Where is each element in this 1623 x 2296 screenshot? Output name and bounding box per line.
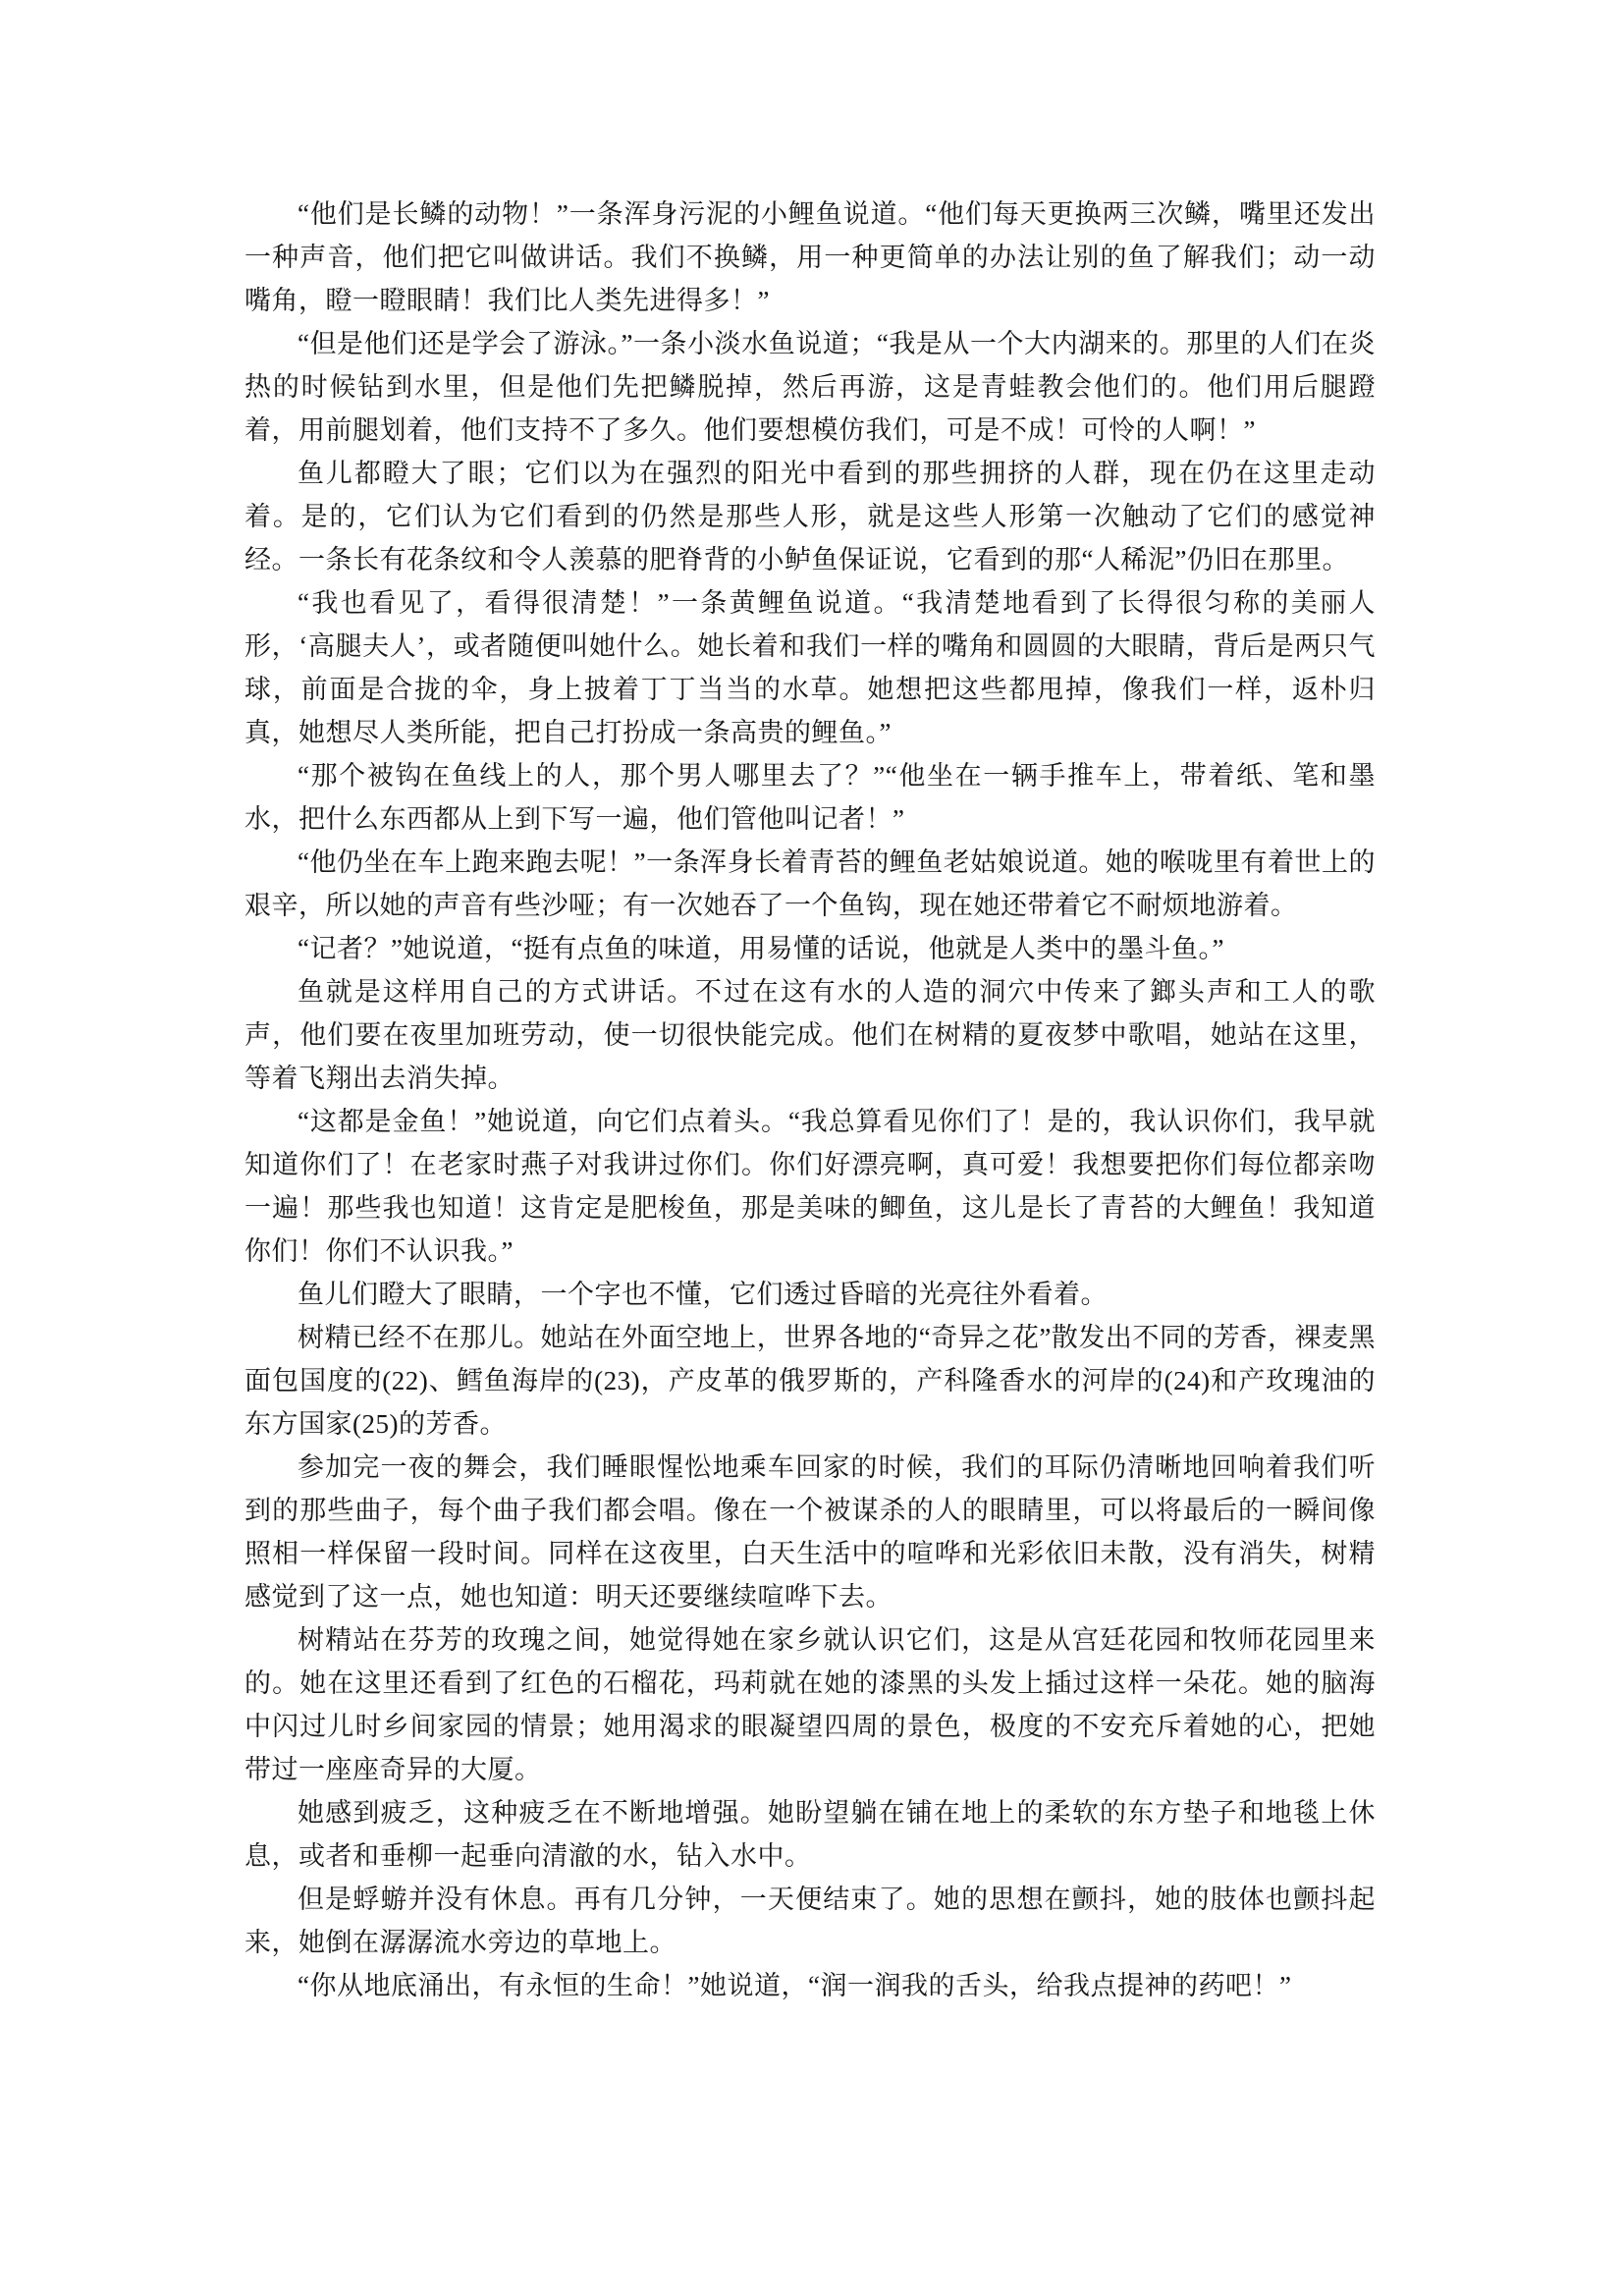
paragraph: “他仍坐在车上跑来跑去呢！”一条浑身长着青苔的鲤鱼老姑娘说道。她的喉咙里有着世上… [244,841,1376,927]
paragraph: 树精已经不在那儿。她站在外面空地上，世界各地的“奇异之花”散发出不同的芳香，裸麦… [244,1316,1376,1446]
paragraph: 参加完一夜的舞会，我们睡眼惺忪地乘车回家的时候，我们的耳际仍清晰地回响着我们听到… [244,1446,1376,1618]
paragraph: 鱼就是这样用自己的方式讲话。不过在这有水的人造的洞穴中传来了鎯头声和工人的歌声，… [244,970,1376,1100]
paragraph: “那个被钩在鱼线上的人，那个男人哪里去了？”“他坐在一辆手推车上，带着纸、笔和墨… [244,754,1376,841]
paragraph: 但是蜉蝣并没有休息。再有几分钟，一天便结束了。她的思想在颤抖，她的肢体也颤抖起来… [244,1878,1376,1964]
document-page: “他们是长鳞的动物！”一条浑身污泥的小鲤鱼说道。“他们每天更换两三次鳞，嘴里还发… [0,0,1623,2296]
paragraph: “这都是金鱼！”她说道，向它们点着头。“我总算看见你们了！是的，我认识你们，我早… [244,1100,1376,1273]
paragraph: “他们是长鳞的动物！”一条浑身污泥的小鲤鱼说道。“他们每天更换两三次鳞，嘴里还发… [244,192,1376,322]
page-text: “他们是长鳞的动物！”一条浑身污泥的小鲤鱼说道。“他们每天更换两三次鳞，嘴里还发… [244,192,1376,2007]
paragraph: 鱼儿都瞪大了眼；它们以为在强烈的阳光中看到的那些拥挤的人群，现在仍在这里走动着。… [244,452,1376,581]
paragraph: 树精站在芬芳的玫瑰之间，她觉得她在家乡就认识它们，这是从宫廷花园和牧师花园里来的… [244,1618,1376,1791]
paragraph: 鱼儿们瞪大了眼睛，一个字也不懂，它们透过昏暗的光亮往外看着。 [244,1273,1376,1316]
paragraph: “记者？”她说道，“挺有点鱼的味道，用易懂的话说，他就是人类中的墨斗鱼。” [244,927,1376,970]
paragraph: “你从地底涌出，有永恒的生命！”她说道，“润一润我的舌头，给我点提神的药吧！” [244,1964,1376,2007]
paragraph: “但是他们还是学会了游泳。”一条小淡水鱼说道；“我是从一个大内湖来的。那里的人们… [244,322,1376,452]
paragraph: 她感到疲乏，这种疲乏在不断地增强。她盼望躺在铺在地上的柔软的东方垫子和地毯上休息… [244,1791,1376,1878]
paragraph: “我也看见了，看得很清楚！”一条黄鲤鱼说道。“我清楚地看到了长得很匀称的美丽人形… [244,581,1376,754]
